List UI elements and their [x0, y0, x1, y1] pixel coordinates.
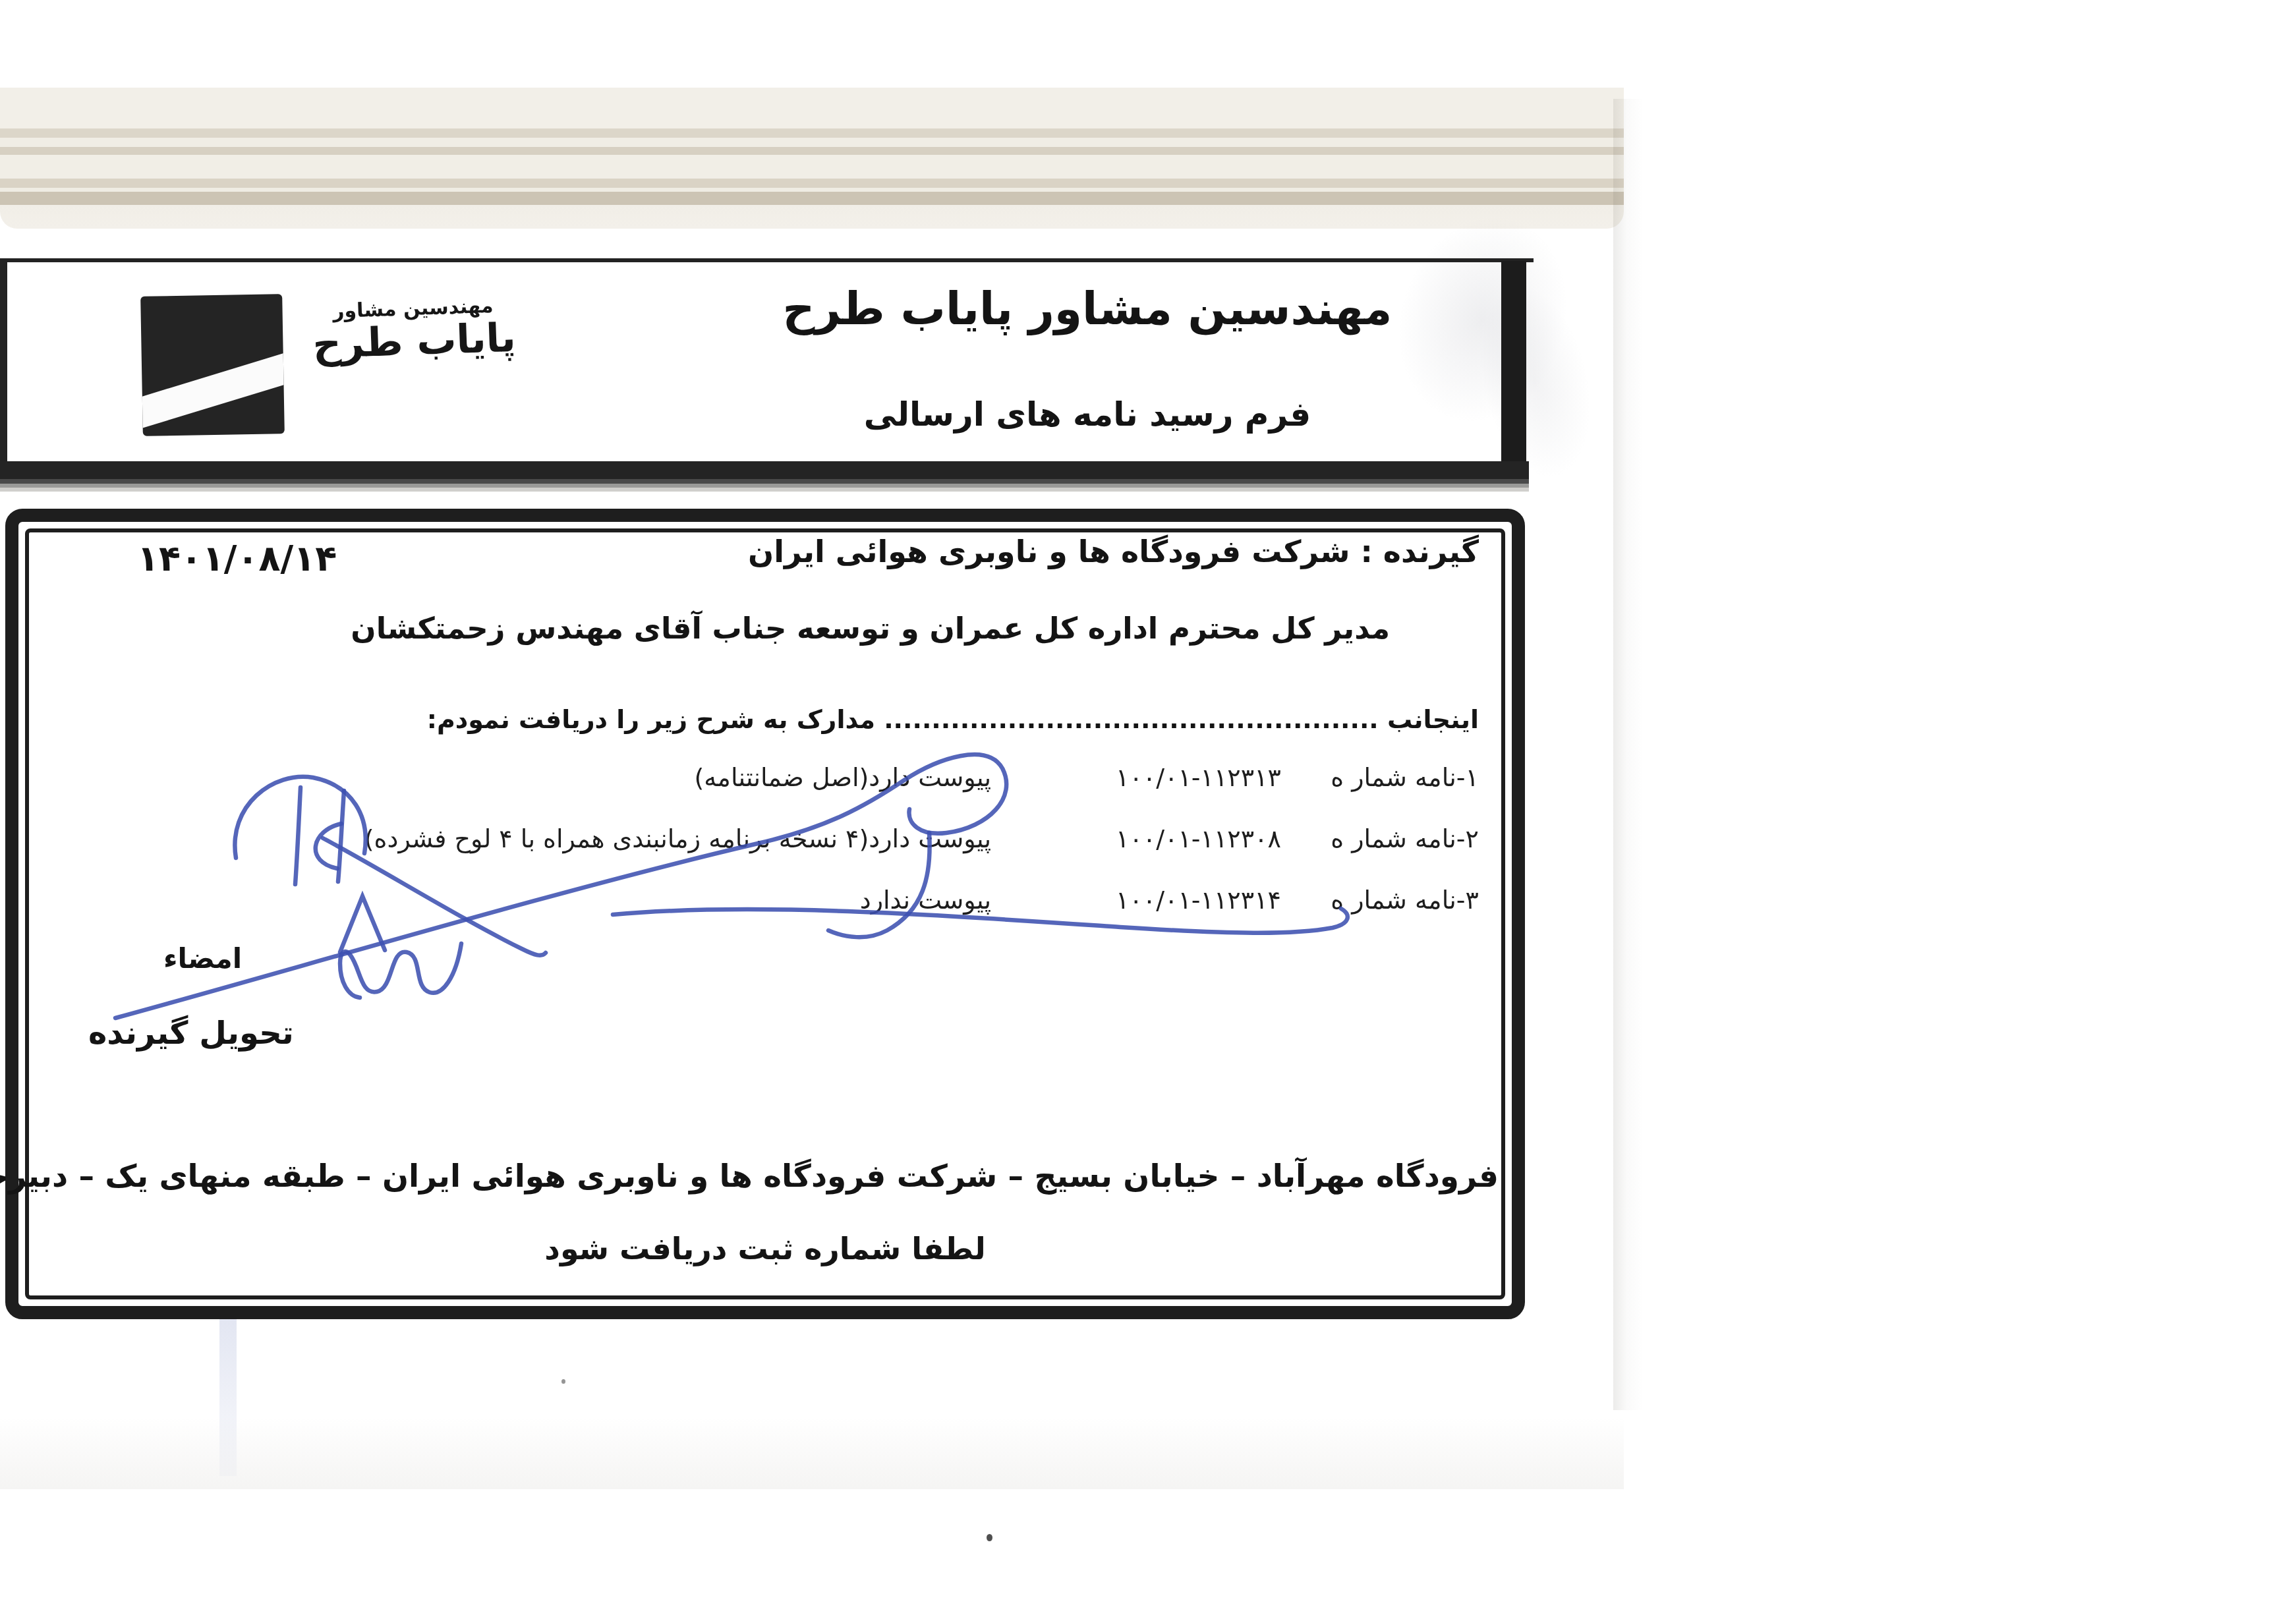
letter-number: ۱۰۰/۰۱-۱۱۲۳۰۸ — [1037, 820, 1281, 858]
letter-number: ۱۰۰/۰۱-۱۱۲۳۱۴ — [1037, 882, 1281, 919]
paper-top-fold-band — [0, 88, 1624, 229]
form-subtitle: فرم رسید نامه های ارسالی — [758, 395, 1417, 434]
letter-label: ۳-نامه شمار ه — [1281, 882, 1479, 919]
header-divider-band — [0, 461, 1529, 492]
letter-attachment: پیوست ندارد — [88, 882, 1037, 919]
scanned-receipt-form: مهندسین مشاور پایاب طرح مهندسین مشاور پا… — [0, 0, 2296, 1619]
signature-label: امضاء — [163, 942, 242, 975]
paper-fold-streak — [219, 1317, 237, 1476]
letter-attachment: پیوست دارد(۴ نسخه برنامه زمانبندی همراه … — [88, 820, 1037, 858]
letter-label: ۱-نامه شمار ه — [1281, 759, 1479, 797]
letter-row-2: ۲-نامه شمار ه ۱۰۰/۰۱-۱۱۲۳۰۸ پیوست دارد(۴… — [88, 820, 1479, 858]
logo-wordmark: مهندسین مشاور پایاب طرح — [297, 294, 531, 366]
letter-number: ۱۰۰/۰۱-۱۱۲۳۱۳ — [1037, 759, 1281, 797]
received-statement: اینجانب ................................… — [427, 705, 1479, 734]
logo-diagonal-stripe — [140, 343, 285, 432]
company-title: مهندسین مشاور پایاب طرح — [725, 283, 1450, 335]
scan-speck — [561, 1379, 565, 1384]
receiver-label: تحویل گیرنده — [88, 1015, 294, 1052]
paper-right-edge-shadow — [1613, 99, 1644, 1410]
address-line: فرودگاه مهرآباد – خیابان بسیج – شرکت فرو… — [32, 1158, 1499, 1195]
letter-attachment: پیوست دارد(اصل ضمانتنامه) — [88, 759, 1037, 797]
letter-label: ۲-نامه شمار ه — [1281, 820, 1479, 858]
letters-list: ۱-نامه شمار ه ۱۰۰/۰۱-۱۱۲۳۱۳ پیوست دارد(ا… — [88, 759, 1479, 943]
fill-in-dots: ........................................… — [884, 705, 1379, 734]
note-line: لطفا شماره ثبت دریافت شود — [32, 1231, 1499, 1266]
recipient-line: گیرنده : شرکت فرودگاه ها و ناوبری هوائی … — [748, 534, 1479, 569]
logo-wordmark-large: پایاب طرح — [298, 316, 531, 366]
company-logo — [140, 294, 285, 436]
received-statement-suffix: مدارک به شرح زیر را دریافت نمودم: — [427, 705, 884, 734]
paper-bottom-shadow — [0, 1417, 1624, 1489]
addressee-line: مدیر کل محترم اداره کل عمران و توسعه جنا… — [351, 611, 1390, 646]
letter-row-3: ۳-نامه شمار ه ۱۰۰/۰۱-۱۱۲۳۱۴ پیوست ندارد — [88, 882, 1479, 919]
scan-speck — [987, 1534, 992, 1541]
date-value: ۱۴۰۱/۰۸/۱۴ — [137, 538, 337, 579]
header-right-bar — [1501, 261, 1526, 463]
received-statement-prefix: اینجانب — [1379, 705, 1479, 734]
letter-row-1: ۱-نامه شمار ه ۱۰۰/۰۱-۱۱۲۳۱۳ پیوست دارد(ا… — [88, 759, 1479, 797]
form-body-box: گیرنده : شرکت فرودگاه ها و ناوبری هوائی … — [5, 509, 1525, 1319]
